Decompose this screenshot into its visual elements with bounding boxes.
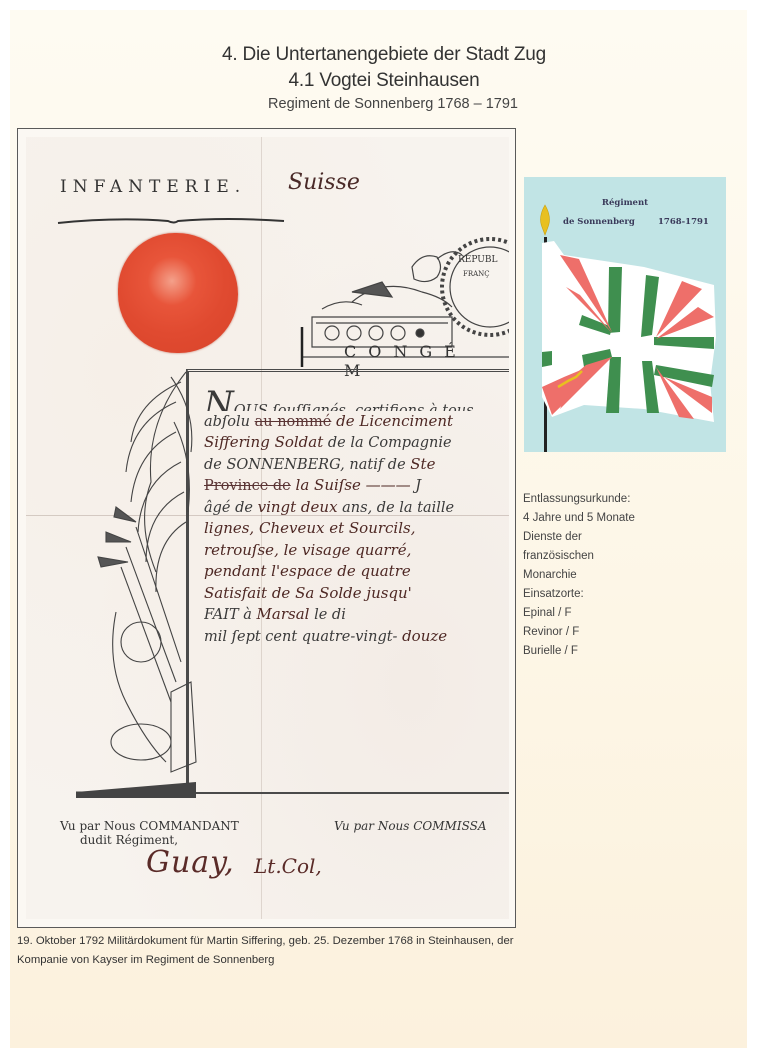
- regiment-flag-illustration: Régiment de Sonnenberg 1768-1791: [524, 177, 726, 452]
- body-line: retrouſse, le visage quarré,: [204, 540, 509, 562]
- approval-commissaire: Vu par Nous COMMISSA: [334, 819, 486, 833]
- body-line: pendant l'espace de quatre: [204, 561, 509, 583]
- roundel-text-2: FRANÇ: [463, 270, 490, 278]
- body-line: de SONNENBERG, natif de Ste: [204, 454, 509, 476]
- page-header: 4. Die Untertanengebiete der Stadt Zug 4…: [0, 42, 768, 115]
- body-line: Province de la Suiſse ——— J: [204, 475, 509, 497]
- note-line: Entlassungsurkunde:: [523, 490, 635, 509]
- flag-regiment-name: de Sonnenberg: [563, 217, 635, 227]
- body-line: lignes, Cheveux et Sourcils,: [204, 518, 509, 540]
- page-title: 4. Die Untertanengebiete der Stadt Zug: [0, 42, 768, 68]
- wax-seal: [118, 233, 238, 353]
- side-notes: Entlassungsurkunde: 4 Jahre und 5 Monate…: [523, 490, 635, 661]
- document-caption: 19. Oktober 1792 Militärdokument für Mar…: [17, 932, 517, 970]
- body-line: Satisfait de Sa Solde jusqu': [204, 583, 509, 605]
- approval-commandant: Vu par Nous COMMANDANT: [60, 819, 239, 833]
- body-line: NOUS ſouſſignés, certifions à tous: [204, 389, 509, 411]
- document-heading: INFANTERIE.: [60, 177, 246, 197]
- note-line: 4 Jahre und 5 Monate: [523, 509, 635, 528]
- document-photo: INFANTERIE. Suisse: [17, 128, 516, 928]
- signature: Guay,: [146, 845, 235, 880]
- body-line: Siffering Soldat de la Compagnie: [204, 432, 509, 454]
- body-line: âgé de vingt deux ans, de la taille: [204, 497, 509, 519]
- flag-title: Régiment: [524, 198, 726, 208]
- note-line: Revinor / F: [523, 623, 635, 642]
- handwritten-heading: Suisse: [288, 170, 360, 195]
- signature-title: Lt.Col,: [254, 854, 322, 878]
- page-subtitle: 4.1 Vogtei Steinhausen: [0, 68, 768, 93]
- flag-years: 1768-1791: [658, 217, 709, 227]
- note-line: französischen: [523, 547, 635, 566]
- note-line: Epinal / F: [523, 604, 635, 623]
- regiment-line: Regiment de Sonnenberg 1768 – 1791: [18, 93, 768, 115]
- body-line: FAIT à Marsal le di: [204, 604, 509, 626]
- body-line: abſolu au nommé de Licenciment: [204, 411, 509, 433]
- roundel-text-1: RÉPUBL: [458, 255, 497, 265]
- note-line: Burielle / F: [523, 642, 635, 661]
- trophy-engraving: [76, 362, 201, 802]
- body-line: mil ſept cent quatre-vingt- douze: [204, 626, 509, 648]
- military-document: INFANTERIE. Suisse: [26, 137, 509, 919]
- note-line: Monarchie: [523, 566, 635, 585]
- document-body: NOUS ſouſſignés, certifions à tous abſol…: [204, 389, 509, 647]
- note-line: Dienste der: [523, 528, 635, 547]
- note-line: Einsatzorte:: [523, 585, 635, 604]
- flourish-ornament: [56, 217, 286, 227]
